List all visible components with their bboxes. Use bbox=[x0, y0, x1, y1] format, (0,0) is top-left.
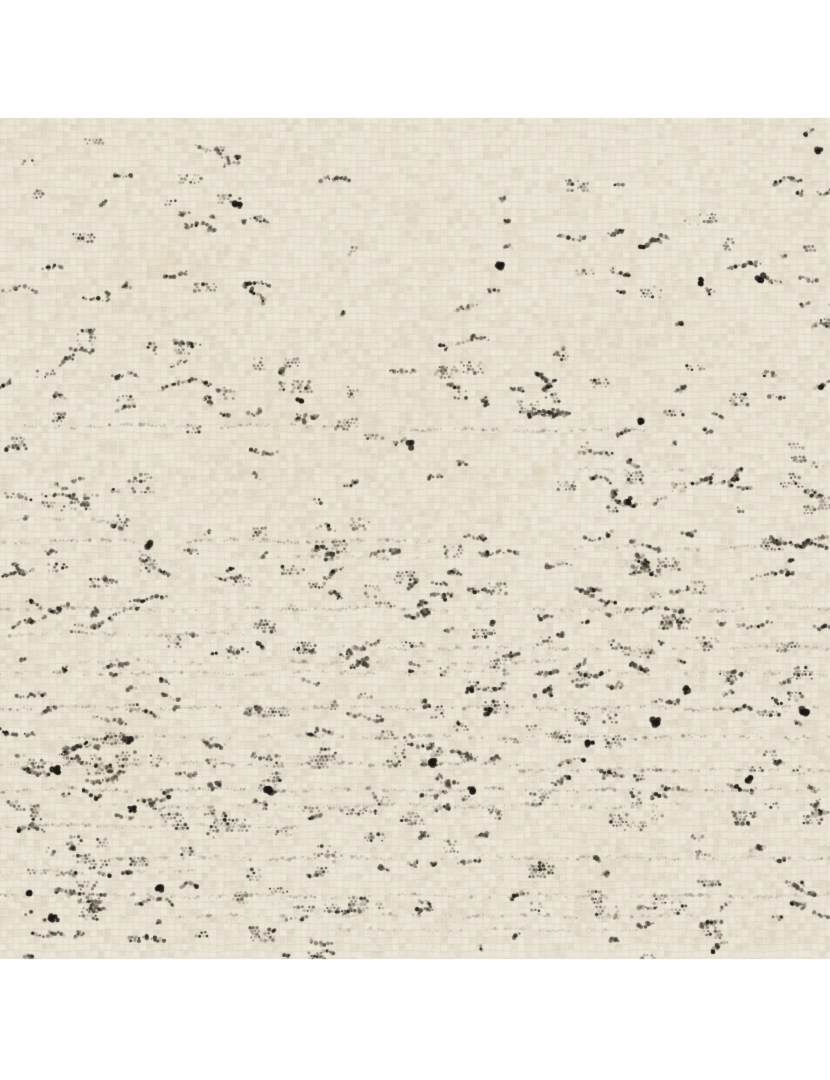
rug-texture-photo-canvas bbox=[0, 0, 830, 1080]
rug-product-photo bbox=[0, 0, 830, 1080]
